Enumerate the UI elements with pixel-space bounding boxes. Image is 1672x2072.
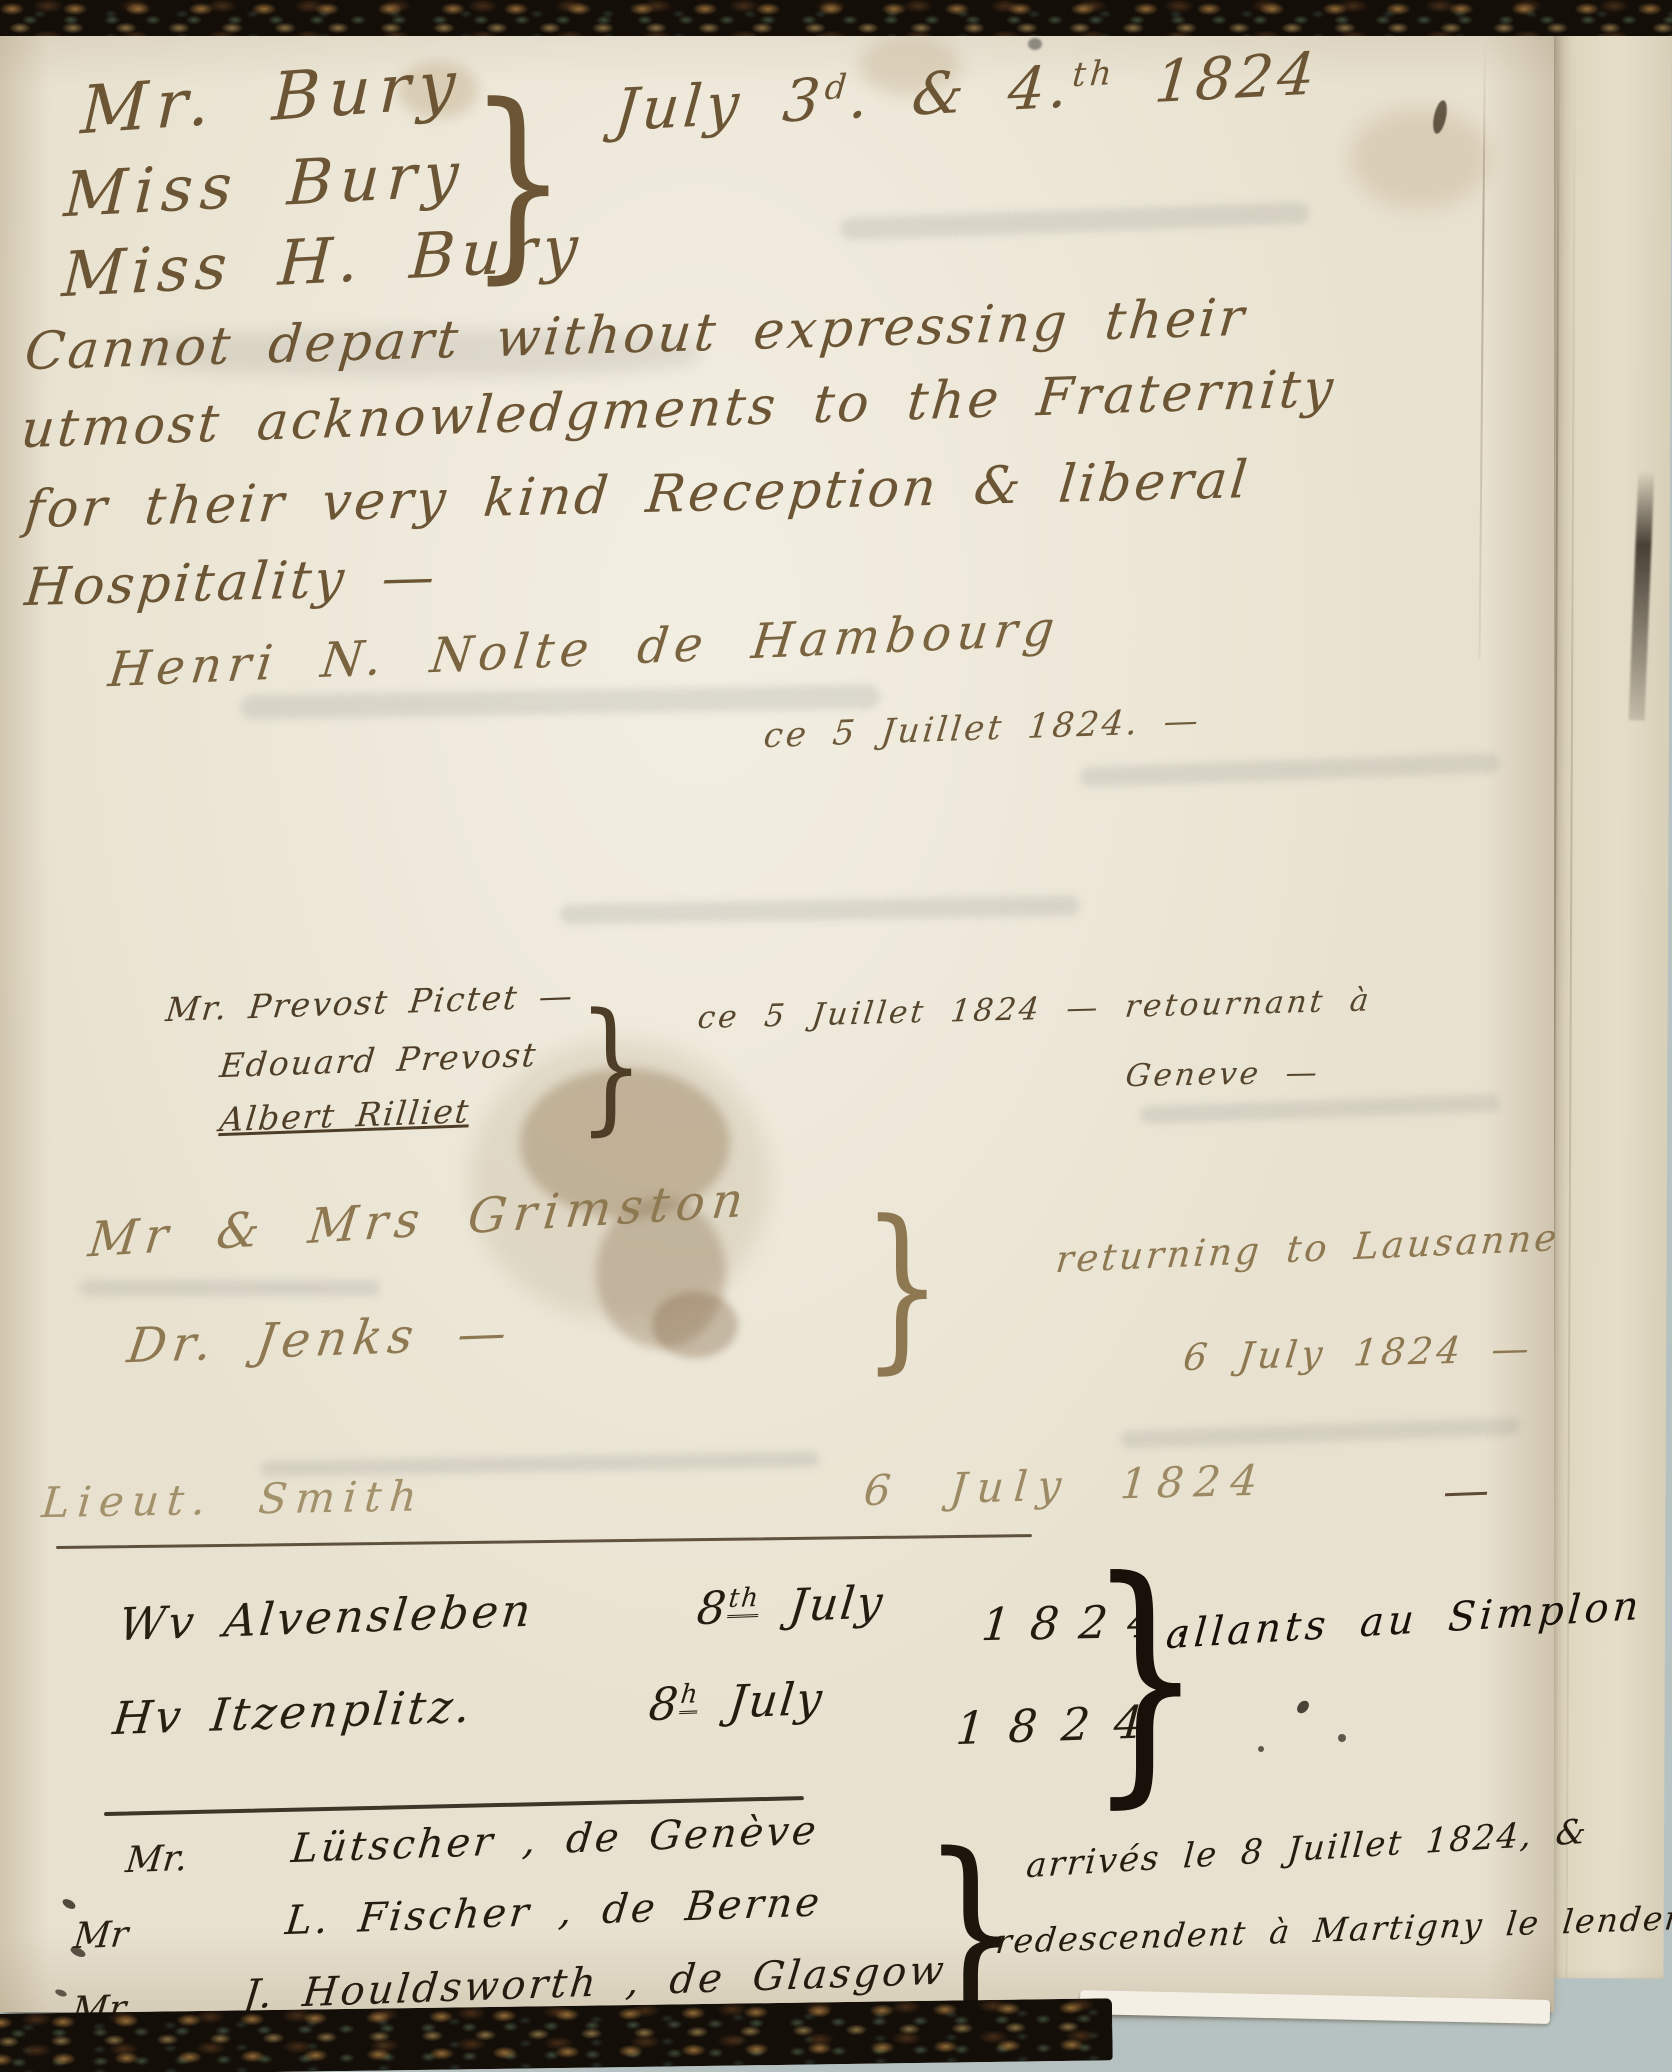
visitor-name: Albert Rilliet <box>218 1091 472 1139</box>
ink-bleedthrough <box>1140 1094 1500 1125</box>
date-part: . & 4. <box>846 52 1074 132</box>
entry-divider <box>56 1534 1032 1549</box>
honorific: Mr <box>72 1914 130 1957</box>
ink-bleedthrough <box>240 684 880 719</box>
message-line: for their very kind Reception & liberal <box>22 450 1253 540</box>
visitor-signature: Lütscher , de Genève <box>289 1808 821 1873</box>
ink-bleedthrough <box>80 1280 380 1296</box>
message-line: Hospitality — <box>22 547 440 618</box>
date-day: 8 <box>646 1677 682 1731</box>
guestbook-page: Mr. Bury Miss Bury Miss H. Bury } July 3… <box>0 26 1554 2012</box>
date-month: July <box>787 1575 887 1632</box>
ink-speck <box>61 1897 77 1911</box>
visitor-name: Mr. Prevost Pictet — <box>164 976 576 1029</box>
entry-date: 6 July 1824 <box>862 1455 1269 1515</box>
ink-bleedthrough <box>1080 753 1500 788</box>
visitor-signature: L. Fischer , de Berne <box>283 1879 824 1944</box>
ink-dot <box>1028 38 1042 50</box>
group-brace: } <box>862 1198 942 1376</box>
page-crease <box>1565 18 1576 1978</box>
visitor-name: Miss Bury <box>62 137 467 231</box>
stain <box>1350 108 1490 208</box>
ink-speck <box>1338 1734 1346 1742</box>
entry-date: 8th July <box>694 1575 887 1635</box>
visitor-signature: Wv Alvensleben <box>116 1584 536 1652</box>
entry-note: ce 5 Juillet 1824 — retournant à <box>696 982 1374 1036</box>
date-ordinal: h <box>679 1680 701 1715</box>
adjacent-page-edge <box>1539 18 1672 1979</box>
stain <box>652 1292 738 1358</box>
entry-date: 6 July 1824 — <box>1181 1327 1535 1379</box>
entry-date: July 3d. & 4.th 1824 <box>612 39 1321 144</box>
visitor-name: Edouard Prevost <box>218 1035 540 1085</box>
entry-note: returning to Lausanne <box>1054 1216 1562 1281</box>
group-brace: } <box>578 994 644 1137</box>
visitor-name: Dr. Jenks — <box>124 1305 516 1375</box>
date-day: 8 <box>694 1581 730 1635</box>
entry-note: Geneve — <box>1124 1055 1323 1094</box>
date-year: 1824 <box>1152 39 1321 116</box>
ink-speck <box>54 1988 67 1998</box>
date-part: July 3 <box>612 65 827 144</box>
group-brace: } <box>468 78 568 285</box>
pressed-dark-streak <box>1629 470 1655 720</box>
guestbook-photo: Mr. Bury Miss Bury Miss H. Bury } July 3… <box>0 0 1672 2072</box>
date-ordinal: d <box>823 67 852 108</box>
ink-speck <box>1258 1746 1264 1752</box>
ink-bleedthrough <box>1120 1417 1520 1449</box>
visitor-signature: Hv Itzenplitz. <box>110 1679 475 1745</box>
ink-speck <box>1295 1698 1312 1715</box>
flourish-dash: — <box>1442 1462 1490 1518</box>
ink-bleedthrough <box>560 895 1080 924</box>
visitor-signature: Henri N. Nolte de Hambourg <box>106 600 1063 698</box>
date-ordinal: th <box>1071 53 1118 94</box>
binding-top <box>0 0 1672 36</box>
entry-date: 8h July <box>646 1672 826 1731</box>
group-brace: } <box>1088 1548 1202 1810</box>
visitor-name: Mr. Bury <box>79 45 464 149</box>
honorific: Mr. <box>124 1838 190 1881</box>
date-month: July <box>726 1672 826 1729</box>
date-ordinal: th <box>727 1583 762 1618</box>
ink-bleedthrough <box>840 202 1310 240</box>
visitor-name: Lieut. Smith <box>40 1471 427 1527</box>
